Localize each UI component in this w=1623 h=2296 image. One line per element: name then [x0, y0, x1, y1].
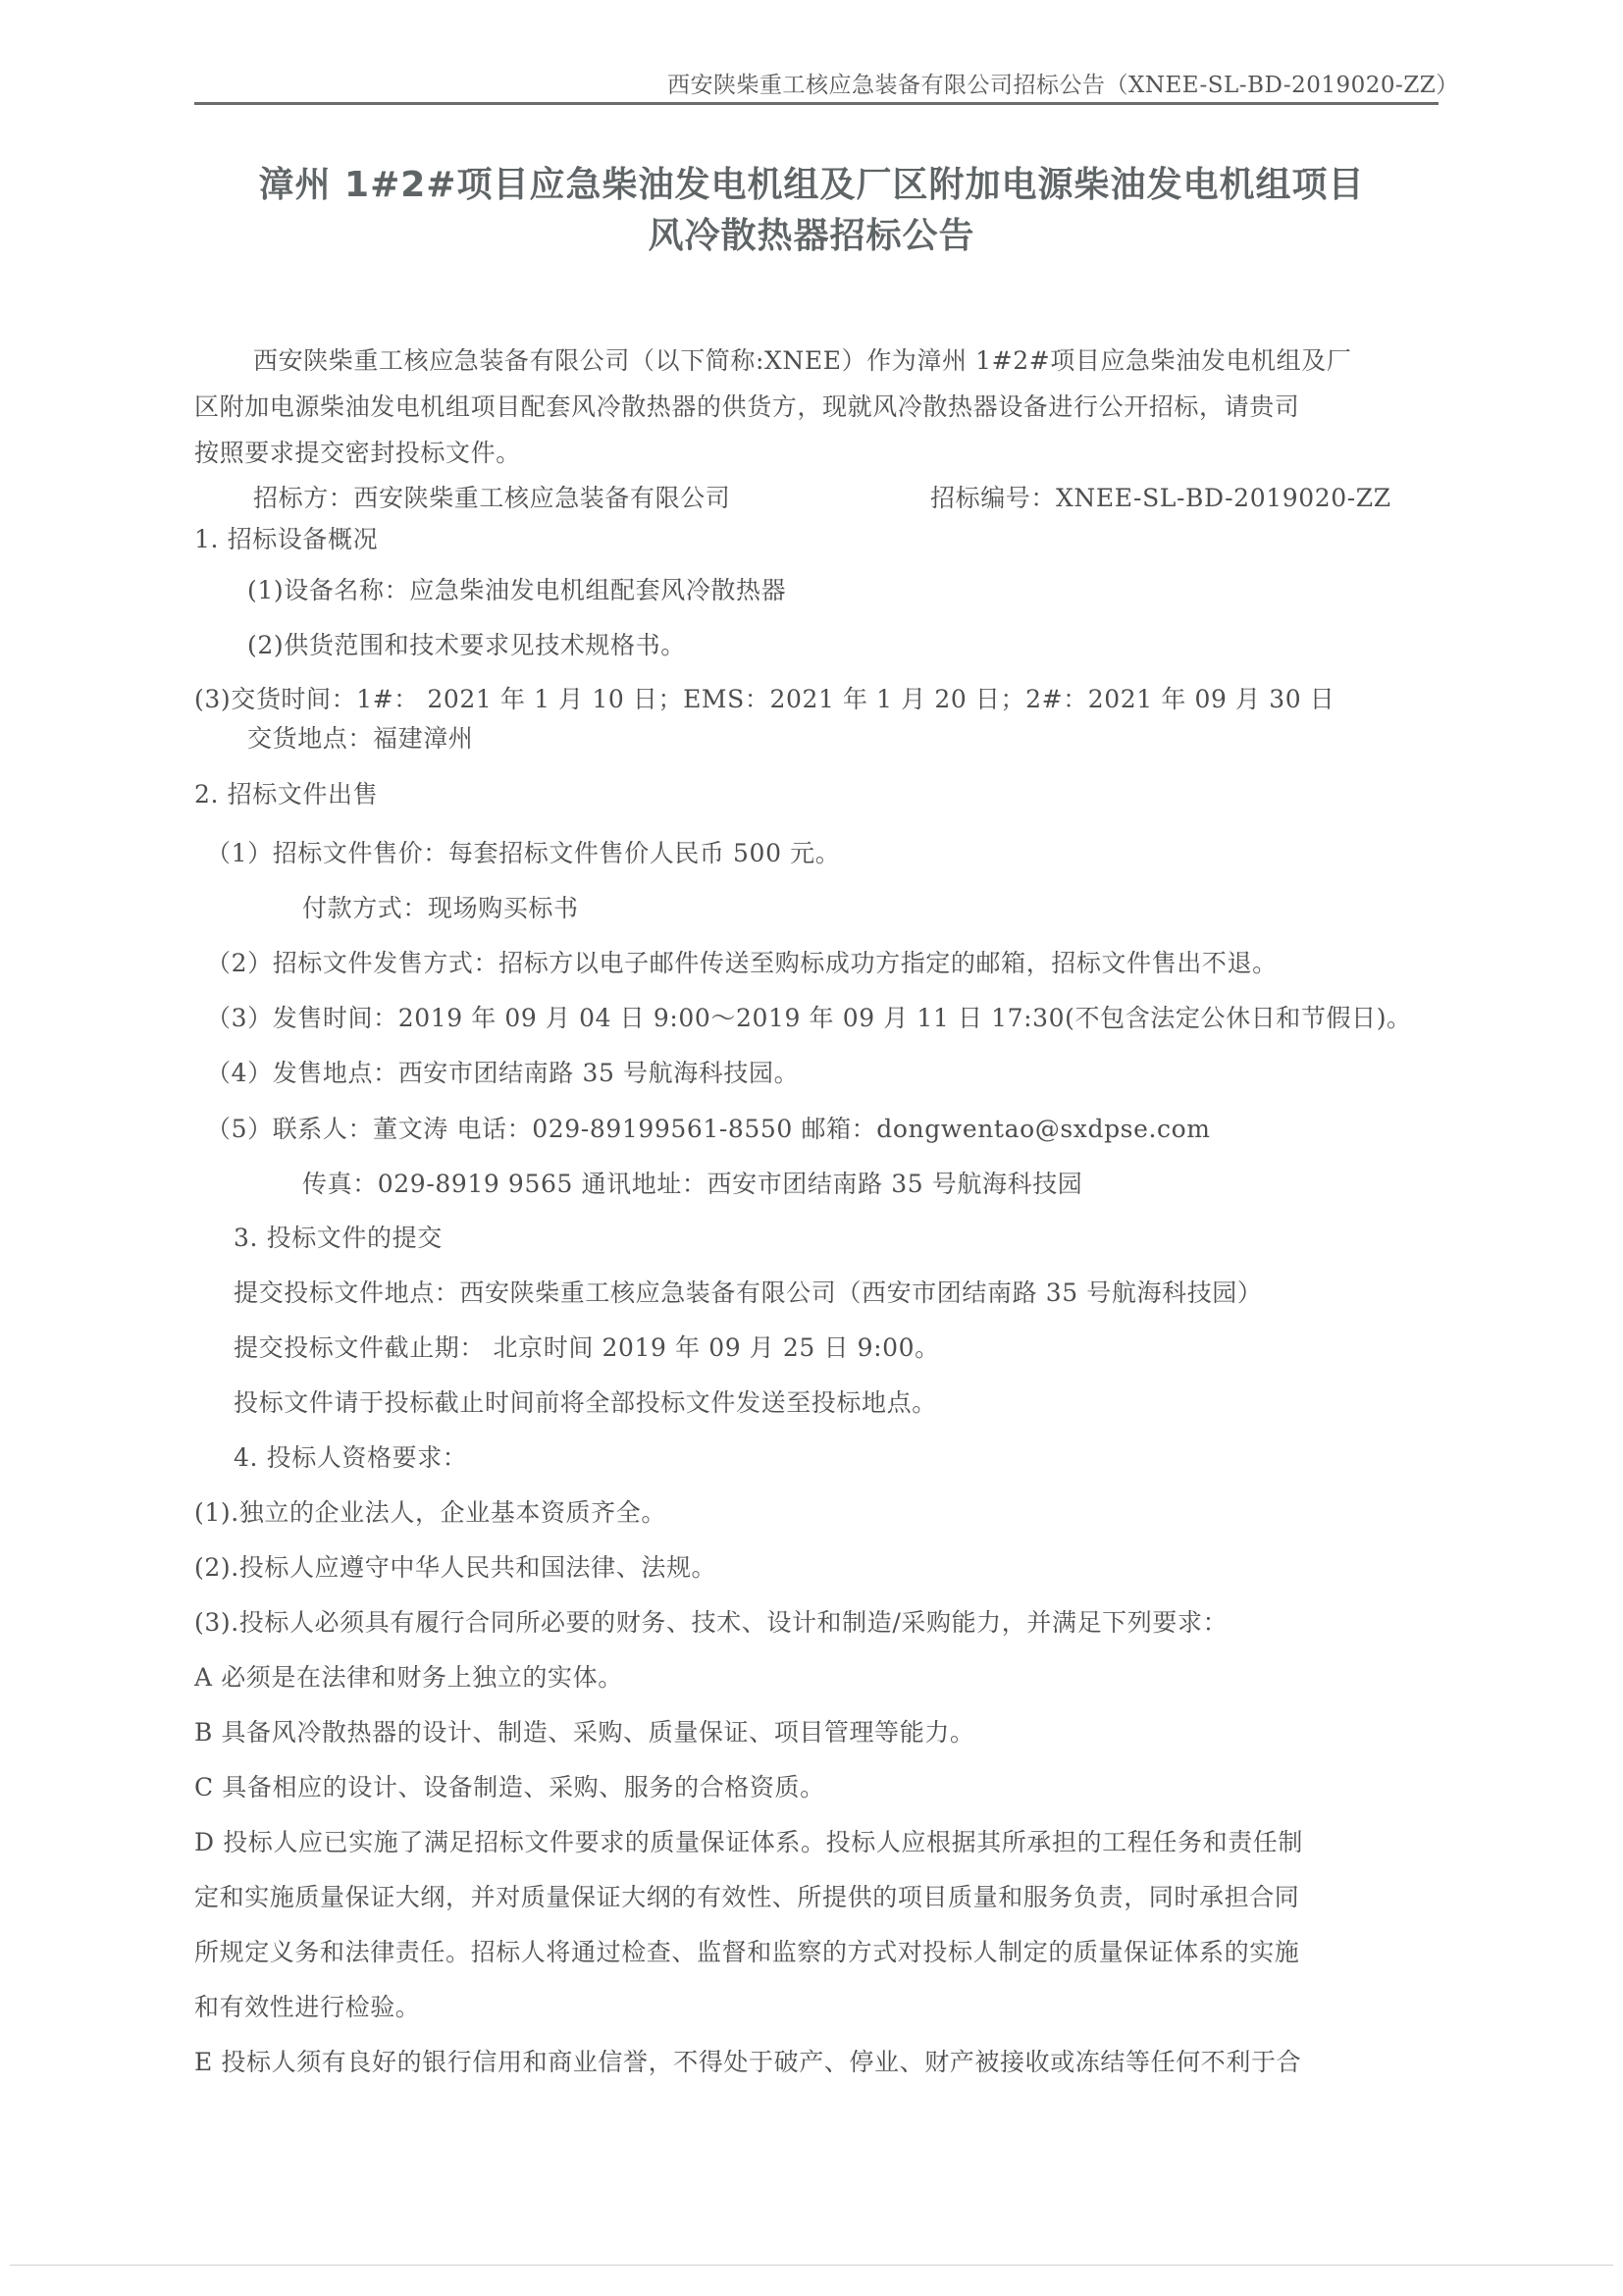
section1-item: (1)设备名称：应急柴油发电机组配套风冷散热器: [247, 571, 786, 606]
document-title-line1: 漳州 1#2#项目应急柴油发电机组及厂区附加电源柴油发电机组项目: [0, 157, 1623, 207]
tenderer-label: 招标方：西安陕柴重工核应急装备有限公司: [253, 479, 730, 514]
section-heading-2: 2. 招标文件出售: [194, 775, 378, 810]
running-header: 西安陕柴重工核应急装备有限公司招标公告（XNEE-SL-BD-2019020-Z…: [667, 67, 1459, 99]
section4-item: C 具备相应的设计、设备制造、采购、服务的合格资质。: [194, 1768, 825, 1803]
section4-item: D 投标人应已实施了满足招标文件要求的质量保证体系。投标人应根据其所承担的工程任…: [194, 1823, 1303, 1858]
section4-item: 所规定义务和法律责任。招标人将通过检查、监督和监察的方式对投标人制定的质量保证体…: [194, 1933, 1299, 1968]
section4-item: A 必须是在法律和财务上独立的实体。: [194, 1658, 623, 1694]
section4-item: (1).独立的企业法人，企业基本资质齐全。: [194, 1493, 666, 1529]
section2-item: 传真：029-8919 9565 通讯地址：西安市团结南路 35 号航海科技园: [302, 1165, 1082, 1200]
section2-item: （4）发售地点：西安市团结南路 35 号航海科技园。: [206, 1054, 799, 1089]
section2-item: （3）发售时间：2019 年 09 月 04 日 9:00～2019 年 09 …: [206, 999, 1412, 1034]
tender-number: 招标编号：XNEE-SL-BD-2019020-ZZ: [930, 479, 1391, 514]
section4-item: E 投标人须有良好的银行信用和商业信誉，不得处于破产、停业、财产被接收或冻结等任…: [194, 2043, 1301, 2078]
section-heading-3: 3. 投标文件的提交: [234, 1219, 443, 1254]
section-heading-4: 4. 投标人资格要求：: [234, 1438, 467, 1474]
section2-item: （1）招标文件售价：每套招标文件售价人民币 500 元。: [206, 834, 840, 869]
section-heading-1: 1. 招标设备概况: [194, 520, 378, 555]
section3-item: 投标文件请于投标截止时间前将全部投标文件发送至投标地点。: [234, 1383, 937, 1419]
document-title-line2: 风冷散热器招标公告: [0, 208, 1623, 258]
page-bottom-edge: [10, 2265, 1613, 2266]
section4-item: (2).投标人应遵守中华人民共和国法律、法规。: [194, 1548, 716, 1584]
section4-item: (3).投标人必须具有履行合同所必要的财务、技术、设计和制造/采购能力，并满足下…: [194, 1603, 1228, 1639]
section1-item: (2)供货范围和技术要求见技术规格书。: [247, 626, 686, 661]
section3-item: 提交投标文件截止期： 北京时间 2019 年 09 月 25 日 9:00。: [234, 1329, 940, 1364]
section2-contact: （5）联系人：董文涛 电话：029-89199561-8550 邮箱：dongw…: [206, 1110, 1211, 1145]
section4-item: 定和实施质量保证大纲，并对质量保证大纲的有效性、所提供的项目质量和服务负责，同时…: [194, 1878, 1299, 1913]
intro-line: 区附加电源柴油发电机组项目配套风冷散热器的供货方，现就风冷散热器设备进行公开招标…: [194, 388, 1299, 423]
section4-item: 和有效性进行检验。: [194, 1988, 420, 2023]
section4-item: B 具备风冷散热器的设计、制造、采购、质量保证、项目管理等能力。: [194, 1713, 975, 1748]
section3-item: 提交投标文件地点：西安陕柴重工核应急装备有限公司（西安市团结南路 35 号航海科…: [234, 1274, 1263, 1309]
section2-item: 付款方式：现场购买标书: [302, 889, 579, 924]
section2-item: （2）招标文件发售方式：招标方以电子邮件传送至购标成功方指定的邮箱，招标文件售出…: [206, 944, 1278, 979]
section1-item: (3)交货时间：1#： 2021 年 1 月 10 日；EMS：2021 年 1…: [194, 680, 1335, 715]
header-rule: [194, 102, 1439, 105]
section1-item: 交货地点：福建漳州: [247, 719, 473, 755]
intro-line: 按照要求提交密封投标文件。: [194, 434, 521, 469]
intro-line: 西安陕柴重工核应急装备有限公司（以下简称:XNEE）作为漳州 1#2#项目应急柴…: [253, 341, 1351, 377]
